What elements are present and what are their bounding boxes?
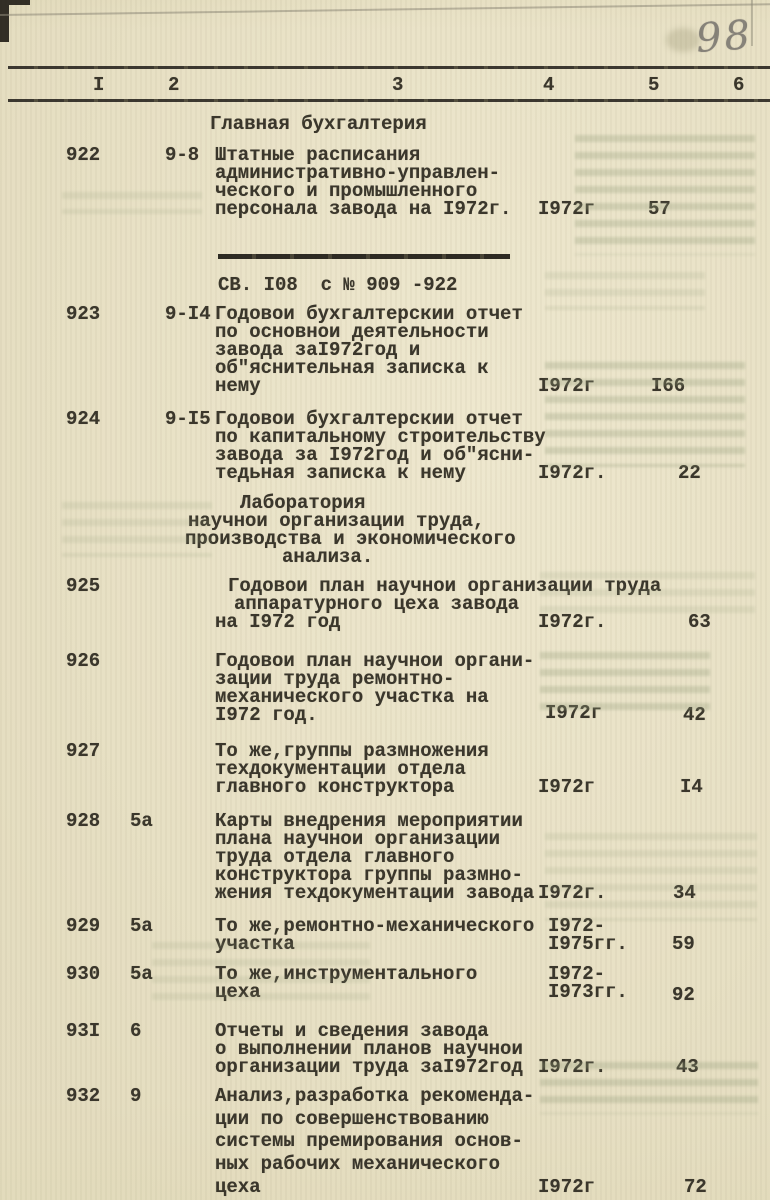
row-code: 5а — [130, 965, 153, 984]
row-desc-line: участка — [215, 935, 295, 954]
row-desc-line: персонала завода на I972г. — [215, 200, 511, 219]
row-sheet-count: 42 — [683, 706, 706, 725]
row-sheet-count: I66 — [651, 377, 685, 396]
row-sheet-count: 22 — [678, 464, 701, 483]
row-number: 927 — [66, 742, 100, 761]
header-rule-top — [8, 66, 770, 69]
row-date: I972г. — [538, 613, 606, 632]
row-desc-line: Анализ,разработка рекоменда- — [215, 1087, 534, 1106]
header-rule-bottom — [8, 99, 770, 102]
row-number: 932 — [66, 1087, 100, 1106]
row-sheet-count: 92 — [672, 986, 695, 1005]
row-code: 9-I5 — [165, 410, 211, 429]
row-code: 5а — [130, 917, 153, 936]
row-number: 924 — [66, 410, 100, 429]
row-number: 926 — [66, 652, 100, 671]
row-desc-line: организации труда заI972год — [215, 1058, 523, 1077]
column-header-1: I — [93, 76, 104, 95]
scan-top-edge-mark — [0, 0, 30, 5]
row-number: 925 — [66, 577, 100, 596]
row-code: 9 — [130, 1087, 141, 1106]
row-sheet-count: 57 — [648, 200, 671, 219]
section-title-accounting: Главная бухгалтерия — [210, 115, 427, 134]
row-number: 923 — [66, 305, 100, 324]
row-sheet-count: 72 — [684, 1178, 707, 1197]
bleed-through-artifact — [545, 272, 705, 310]
row-desc-line: на I972 год — [215, 613, 340, 632]
column-header-3: 3 — [392, 76, 403, 95]
row-sheet-count: 59 — [672, 935, 695, 954]
row-sheet-count: 34 — [673, 884, 696, 903]
row-desc-line: ных рабочих механического — [215, 1155, 500, 1174]
row-sheet-count: 43 — [676, 1058, 699, 1077]
row-date: I975гг. — [548, 935, 628, 954]
row-date: I972г. — [538, 1058, 606, 1077]
row-date: I972г — [538, 1178, 595, 1197]
row-number: 93I — [66, 1022, 100, 1041]
row-desc-line: I972 год. — [215, 706, 318, 725]
row-desc-line: главного конструктора — [215, 778, 454, 797]
row-desc-line: тедьная записка к нему — [215, 464, 466, 483]
row-code: 9-8 — [165, 146, 199, 165]
row-code: 6 — [130, 1022, 141, 1041]
section-title-lab-line: анализа. — [282, 548, 373, 567]
row-date: I972г. — [538, 464, 606, 483]
row-desc-line: ции по совершенствованию — [215, 1110, 489, 1129]
row-number: 928 — [66, 812, 100, 831]
bleed-through-artifact — [575, 135, 755, 255]
row-desc-line: системы премирования основ- — [215, 1132, 523, 1151]
handwritten-page-number: 98 — [694, 12, 754, 62]
row-number: 922 — [66, 146, 100, 165]
column-header-4: 4 — [543, 76, 554, 95]
row-date: I972г — [538, 200, 595, 219]
group-divider-rule — [218, 254, 510, 259]
row-sheet-count: I4 — [680, 778, 703, 797]
row-date: I972г — [538, 377, 595, 396]
row-date: I972г — [545, 704, 602, 723]
row-code: 9-I4 — [165, 305, 211, 324]
column-header-6: 6 — [733, 76, 744, 95]
bleed-through-artifact — [545, 833, 757, 921]
scan-corner-mark — [0, 0, 9, 42]
row-desc-line: жения техдокументации завода — [215, 884, 534, 903]
row-desc-line: цеха — [215, 983, 261, 1002]
column-header-5: 5 — [648, 76, 659, 95]
row-number: 930 — [66, 965, 100, 984]
row-number: 929 — [66, 917, 100, 936]
row-date: I972г — [538, 778, 595, 797]
archival-inventory-page: 98 I 2 3 4 5 6 Главная бухгалтерия 922 9… — [0, 0, 770, 1200]
row-sheet-count: 63 — [688, 613, 711, 632]
sv-summary-note: СВ. I08 с № 909 -922 — [218, 276, 457, 295]
column-header-2: 2 — [168, 76, 179, 95]
row-date: I972г. — [538, 884, 606, 903]
row-date: I973гг. — [548, 983, 628, 1002]
page-fold-line — [0, 3, 770, 15]
bleed-through-artifact — [62, 192, 202, 214]
row-desc-line: нему — [215, 377, 261, 396]
row-desc-line: цеха — [215, 1178, 261, 1197]
row-code: 5а — [130, 812, 153, 831]
